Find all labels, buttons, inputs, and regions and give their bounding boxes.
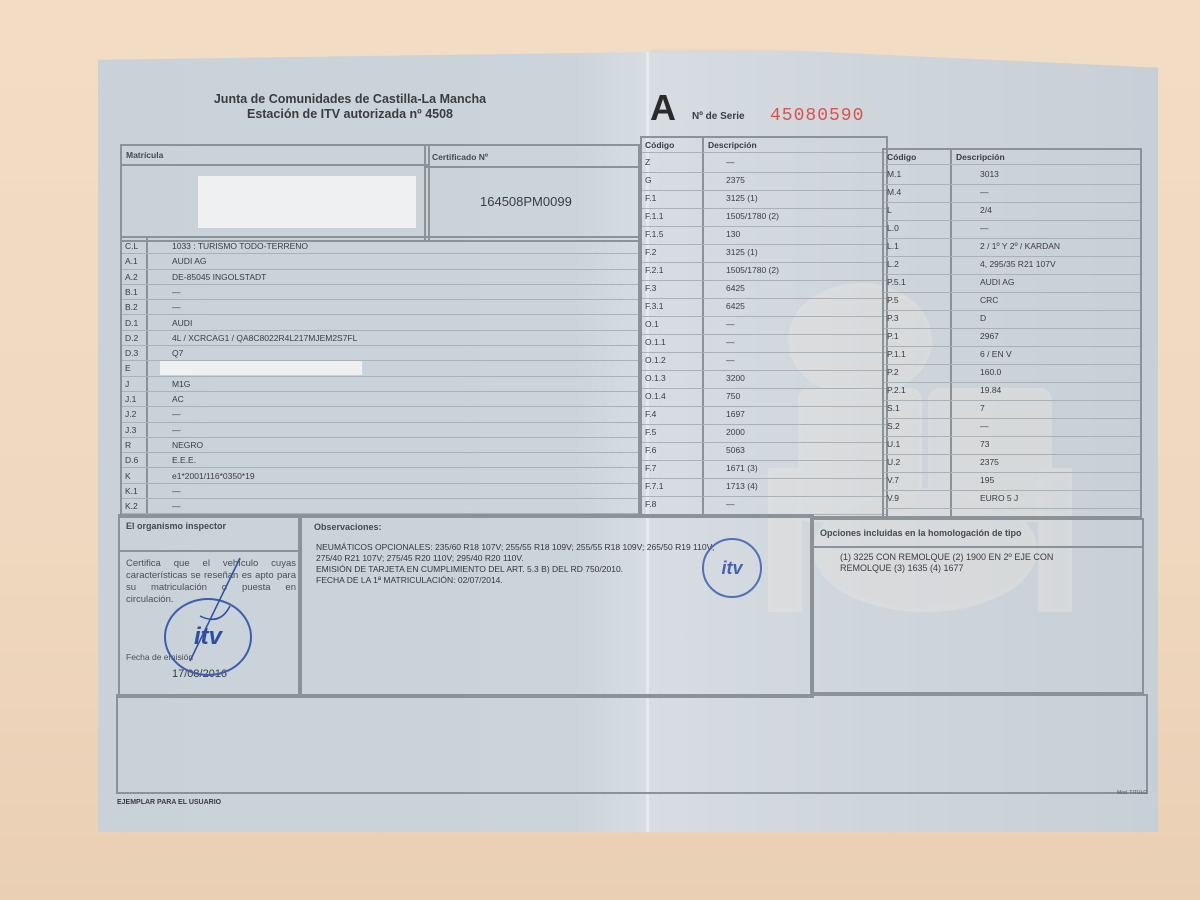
column-header-code: Código xyxy=(887,152,916,162)
field-code: F.3 xyxy=(645,283,656,293)
table-row: D.3Q7 xyxy=(122,345,638,361)
category-letter: A xyxy=(650,90,676,126)
matricula-box: Matrícula xyxy=(120,144,430,242)
field-code: B.2 xyxy=(125,302,138,312)
table-row: S.2— xyxy=(884,418,1140,437)
field-value: — xyxy=(726,337,735,347)
table-row: F.65063 xyxy=(642,442,886,461)
table-row: U.173 xyxy=(884,436,1140,455)
field-code: J.2 xyxy=(125,409,136,419)
model-label: Mod. TITULO xyxy=(1117,790,1147,796)
table-row: F.13125 (1) xyxy=(642,190,886,209)
field-value: AUDI AG xyxy=(172,256,206,266)
certificado-value: 164508PM0099 xyxy=(480,194,572,209)
field-code: V.9 xyxy=(887,493,899,503)
field-value: — xyxy=(980,187,989,197)
table-row: J.3— xyxy=(122,422,638,438)
field-code: D.2 xyxy=(125,333,138,343)
field-value: 1033 : TURISMO TODO-TERRENO xyxy=(172,241,308,251)
technical-table-2: CódigoDescripciónM.13013M.4—L2/4L.0—L.12… xyxy=(882,148,1142,518)
technical-table-1: CódigoDescripciónZ—G2375F.13125 (1)F.1.1… xyxy=(640,136,888,518)
table-row: F.71671 (3) xyxy=(642,460,886,479)
table-row: L.12 / 1º Y 2º / KARDAN xyxy=(884,238,1140,257)
table-row: S.17 xyxy=(884,400,1140,419)
field-code: L.2 xyxy=(887,259,899,269)
field-code: K xyxy=(125,471,131,481)
field-code: F.7.1 xyxy=(645,481,663,491)
field-value: 4L / XCRCAG1 / QA8C8022R4L217MJEM2S7FL xyxy=(172,333,357,343)
signature-mark xyxy=(180,556,250,666)
field-code: V.7 xyxy=(887,475,899,485)
field-value: — xyxy=(172,501,181,511)
table-row: U.22375 xyxy=(884,454,1140,473)
field-value: 750 xyxy=(726,391,740,401)
table-row: F.1.5130 xyxy=(642,226,886,245)
field-value: AUDI AG xyxy=(980,277,1014,287)
table-row: P.1.16 / EN V xyxy=(884,346,1140,365)
field-value: 6425 xyxy=(726,301,745,311)
table-row: M.13013 xyxy=(884,166,1140,185)
table-row: P.2.119.84 xyxy=(884,382,1140,401)
field-value: 160.0 xyxy=(980,367,1001,377)
field-code: P.3 xyxy=(887,313,899,323)
table-row: F.8— xyxy=(642,496,886,515)
table-row: F.41697 xyxy=(642,406,886,425)
field-code: K.2 xyxy=(125,501,138,511)
field-code: B.1 xyxy=(125,287,138,297)
itv-stamp-observaciones: itv xyxy=(702,538,762,598)
field-code: S.2 xyxy=(887,421,900,431)
column-header-description: Descripción xyxy=(956,152,1005,162)
field-code: D.3 xyxy=(125,348,138,358)
field-code: L.0 xyxy=(887,223,899,233)
table-row: B.1— xyxy=(122,284,638,300)
serie-label: Nº de Serie xyxy=(692,111,745,122)
field-code: O.1.1 xyxy=(645,337,666,347)
table-row: C.L1033 : TURISMO TODO-TERRENO xyxy=(122,238,638,254)
field-code: M.1 xyxy=(887,169,901,179)
field-value: 2375 xyxy=(980,457,999,467)
copy-label: EJEMPLAR PARA EL USUARIO xyxy=(117,799,221,806)
field-code: J.3 xyxy=(125,425,136,435)
table-row: P.2160.0 xyxy=(884,364,1140,383)
field-code: F.8 xyxy=(645,499,656,509)
table-row: V.9EURO 5 J xyxy=(884,490,1140,509)
field-code: L xyxy=(887,205,892,215)
field-value: 1671 (3) xyxy=(726,463,758,473)
table-row: K.2— xyxy=(122,498,638,514)
field-value: — xyxy=(980,223,989,233)
field-value: 73 xyxy=(980,439,989,449)
inspector-title: El organismo inspector xyxy=(126,521,226,531)
field-value: 5063 xyxy=(726,445,745,455)
field-code: C.L xyxy=(125,241,138,251)
table-row: F.2.11505/1780 (2) xyxy=(642,262,886,281)
field-code: P.5 xyxy=(887,295,899,305)
field-code: R xyxy=(125,440,131,450)
matricula-label: Matrícula xyxy=(126,150,163,160)
field-value: 3125 (1) xyxy=(726,193,758,203)
field-value: DE-85045 INGOLSTADT xyxy=(172,272,266,282)
field-code: O.1.4 xyxy=(645,391,666,401)
field-value: — xyxy=(172,302,181,312)
table-row: Z— xyxy=(642,154,886,173)
field-value: 6 / EN V xyxy=(980,349,1012,359)
field-e-redacted xyxy=(160,361,362,375)
table-row: O.1.2— xyxy=(642,352,886,371)
table-row: RNEGRO xyxy=(122,437,638,453)
field-value: 2967 xyxy=(980,331,999,341)
field-value: — xyxy=(726,499,735,509)
table-row: F.1.11505/1780 (2) xyxy=(642,208,886,227)
field-code: Z xyxy=(645,157,650,167)
table-row: O.1.1— xyxy=(642,334,886,353)
field-value: 130 xyxy=(726,229,740,239)
field-code: G xyxy=(645,175,652,185)
column-header-description: Descripción xyxy=(708,140,757,150)
table-row: Ke1*2001/116*0350*19 xyxy=(122,468,638,484)
field-code: F.7 xyxy=(645,463,656,473)
field-code: D.6 xyxy=(125,455,138,465)
field-value: AUDI xyxy=(172,318,192,328)
field-code: F.4 xyxy=(645,409,656,419)
field-value: — xyxy=(726,319,735,329)
field-code: J.1 xyxy=(125,394,136,404)
field-code: F.1.5 xyxy=(645,229,663,239)
table-row: P.3D xyxy=(884,310,1140,329)
vehicle-data-table: C.L1033 : TURISMO TODO-TERRENOA.1AUDI AG… xyxy=(120,236,640,518)
field-value: 4, 295/35 R21 107V xyxy=(980,259,1056,269)
field-value: — xyxy=(726,355,735,365)
field-code: S.1 xyxy=(887,403,900,413)
field-value: 2375 xyxy=(726,175,745,185)
table-row: F.7.11713 (4) xyxy=(642,478,886,497)
table-row: M.4— xyxy=(884,184,1140,203)
field-code: P.2.1 xyxy=(887,385,906,395)
field-value: 2000 xyxy=(726,427,745,437)
field-code: F.1.1 xyxy=(645,211,663,221)
field-value: NEGRO xyxy=(172,440,203,450)
table-row: F.52000 xyxy=(642,424,886,443)
field-code: P.1.1 xyxy=(887,349,906,359)
field-code: O.1.2 xyxy=(645,355,666,365)
table-row: F.23125 (1) xyxy=(642,244,886,263)
table-row: F.36425 xyxy=(642,280,886,299)
field-code: D.1 xyxy=(125,318,138,328)
table-row: O.1.33200 xyxy=(642,370,886,389)
field-code: A.2 xyxy=(125,272,138,282)
field-code: O.1.3 xyxy=(645,373,666,383)
field-code: J xyxy=(125,379,129,389)
table-row: D.1AUDI xyxy=(122,315,638,331)
table-row: B.2— xyxy=(122,299,638,315)
table-header-row: CódigoDescripción xyxy=(884,150,1140,165)
table-row: L.0— xyxy=(884,220,1140,239)
table-header-row: CódigoDescripción xyxy=(642,138,886,153)
field-value: CRC xyxy=(980,295,998,305)
field-code: P.5.1 xyxy=(887,277,906,287)
field-value: 7 xyxy=(980,403,985,413)
field-value: — xyxy=(726,157,735,167)
field-value: 6425 xyxy=(726,283,745,293)
observaciones-box: Observaciones: NEUMÁTICOS OPCIONALES: 23… xyxy=(298,514,814,698)
field-code: K.1 xyxy=(125,486,138,496)
opciones-title: Opciones incluidas en la homologación de… xyxy=(820,528,1022,538)
field-value: — xyxy=(172,425,181,435)
table-row: D.24L / XCRCAG1 / QA8C8022R4L217MJEM2S7F… xyxy=(122,330,638,346)
table-row: O.1— xyxy=(642,316,886,335)
field-code: P.2 xyxy=(887,367,899,377)
field-code: F.3.1 xyxy=(645,301,663,311)
field-value: — xyxy=(172,486,181,496)
table-row: P.5.1AUDI AG xyxy=(884,274,1140,293)
table-row: V.7195 xyxy=(884,472,1140,491)
field-code: F.2.1 xyxy=(645,265,663,275)
table-row: P.5CRC xyxy=(884,292,1140,311)
field-value: 3200 xyxy=(726,373,745,383)
table-row: F.3.16425 xyxy=(642,298,886,317)
table-row: D.6E.E.E. xyxy=(122,452,638,468)
field-value: e1*2001/116*0350*19 xyxy=(172,471,255,481)
field-code: F.2 xyxy=(645,247,656,257)
table-row: L.24, 295/35 R21 107V xyxy=(884,256,1140,275)
field-value: — xyxy=(980,421,989,431)
table-row: A.2DE-85045 INGOLSTADT xyxy=(122,269,638,285)
field-code: U.2 xyxy=(887,457,900,467)
field-value: AC xyxy=(172,394,184,404)
station-name: Estación de ITV autorizada nº 4508 xyxy=(180,107,520,122)
field-code: U.1 xyxy=(887,439,900,449)
field-code: L.1 xyxy=(887,241,899,251)
field-value: 19.84 xyxy=(980,385,1001,395)
field-value: 3125 (1) xyxy=(726,247,758,257)
table-row: L2/4 xyxy=(884,202,1140,221)
serie-number: 45080590 xyxy=(770,106,864,126)
field-value: 2 / 1º Y 2º / KARDAN xyxy=(980,241,1060,251)
field-value: 1505/1780 (2) xyxy=(726,211,779,221)
field-value: EURO 5 J xyxy=(980,493,1018,503)
field-code: F.6 xyxy=(645,445,656,455)
field-value: 1505/1780 (2) xyxy=(726,265,779,275)
certificado-box: Certificado Nº 164508PM0099 xyxy=(424,144,640,242)
field-code: A.1 xyxy=(125,256,138,266)
table-row: J.1AC xyxy=(122,391,638,407)
table-row: O.1.4750 xyxy=(642,388,886,407)
table-row: JM1G xyxy=(122,376,638,392)
inspector-box: El organismo inspector Certifica que el … xyxy=(118,514,302,698)
bottom-blank-box xyxy=(116,694,1148,794)
field-code: P.1 xyxy=(887,331,899,341)
field-value: — xyxy=(172,287,181,297)
observaciones-title: Observaciones: xyxy=(314,522,382,532)
table-row: K.1— xyxy=(122,483,638,499)
field-value: 195 xyxy=(980,475,994,485)
column-header-code: Código xyxy=(645,140,674,150)
field-value: 2/4 xyxy=(980,205,992,215)
field-code: F.5 xyxy=(645,427,656,437)
field-code: O.1 xyxy=(645,319,659,329)
field-value: M1G xyxy=(172,379,190,389)
field-value: E.E.E. xyxy=(172,455,196,465)
field-value: 3013 xyxy=(980,169,999,179)
field-code: F.1 xyxy=(645,193,656,203)
opciones-text: (1) 3225 CON REMOLQUE (2) 1900 EN 2º EJE… xyxy=(840,552,1100,574)
field-value: D xyxy=(980,313,986,323)
field-code: M.4 xyxy=(887,187,901,197)
field-value: Q7 xyxy=(172,348,183,358)
field-value: — xyxy=(172,409,181,419)
matricula-redacted xyxy=(198,176,416,228)
field-value: 1713 (4) xyxy=(726,481,758,491)
field-code: E xyxy=(125,363,131,373)
opciones-box: Opciones incluidas en la homologación de… xyxy=(810,518,1144,694)
certificado-label: Certificado Nº xyxy=(432,152,488,162)
document-header: Junta de Comunidades de Castilla-La Manc… xyxy=(180,92,520,122)
authority-name: Junta de Comunidades de Castilla-La Manc… xyxy=(180,92,520,107)
table-row: A.1AUDI AG xyxy=(122,253,638,269)
table-row: G2375 xyxy=(642,172,886,191)
field-value: 1697 xyxy=(726,409,745,419)
table-row: P.12967 xyxy=(884,328,1140,347)
table-row: J.2— xyxy=(122,406,638,422)
